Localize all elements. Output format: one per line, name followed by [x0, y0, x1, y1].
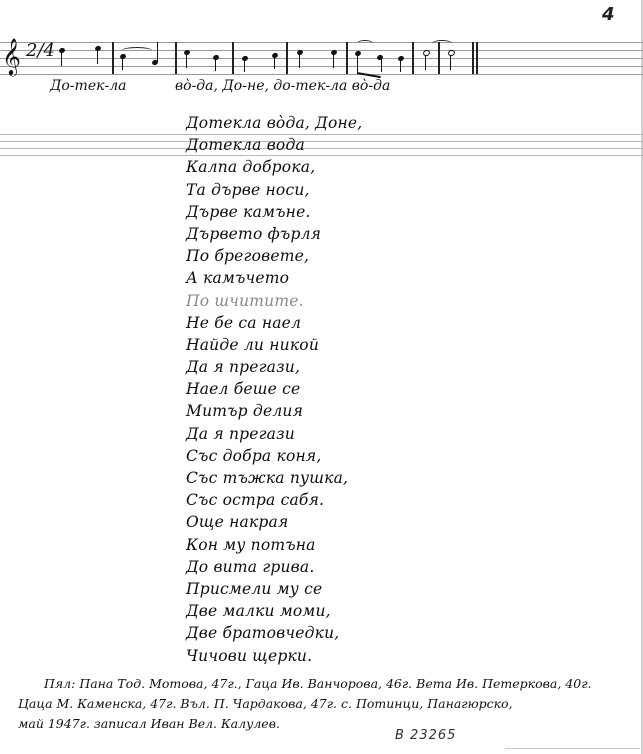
manuscript-page: 4 𝄞 2/4 [0, 0, 643, 754]
verse-line: Дотекла вòда, Доне, [186, 112, 362, 134]
verse-line: Две малки моми, [186, 600, 362, 622]
time-signature: 2/4 [26, 40, 55, 61]
notation-lyrics-1: До-тек-ла [50, 78, 126, 94]
verse-line: Присмели му се [186, 578, 362, 600]
verse-line: Не бе са нaел [186, 312, 362, 334]
verse-line: Да я прегази [186, 423, 362, 445]
verse-line: До вита грива. [186, 556, 362, 578]
verse-line: Дотекла вода [186, 134, 362, 156]
verse-line: Найде ли никой [186, 334, 362, 356]
treble-clef-icon: 𝄞 [2, 40, 21, 72]
verse-line: По шчитите. [186, 290, 362, 312]
page-number: 4 [602, 4, 615, 25]
verse-line: Дървето фърля [186, 223, 362, 245]
catalog-number: В 23265 [395, 728, 456, 743]
verse-line: Та дърве носи, [186, 179, 362, 201]
verse-line: Калпа доброка, [186, 156, 362, 178]
verse-line: По бреговете, [186, 245, 362, 267]
verse-line: Чичови щерки. [186, 645, 362, 667]
verse-line: Кон му потъна [186, 534, 362, 556]
performers-location-line: Цаца М. Каменска, 47г. Въл. П. Чардакова… [18, 694, 638, 714]
verse-line: Със добра коня, [186, 445, 362, 467]
verse-line: Със остра сабя. [186, 489, 362, 511]
verse-line: Да я прегази, [186, 356, 362, 378]
recording-date-line: май 1947г. записал Иван Вел. Калулев. [18, 714, 638, 734]
verse-line: Със тъжка пушка, [186, 467, 362, 489]
verse-line: Митър делия [186, 400, 362, 422]
verse-line: Още накрая [186, 511, 362, 533]
notation-lyrics-2: вò-да, До-не, до-тек-ла вò-да [175, 78, 390, 94]
verse-line: А камъчето [186, 267, 362, 289]
verse-line: Нaел беше се [186, 378, 362, 400]
performers-line: Пял: Пана Тод. Мотова, 47г., Гаца Ив. Ва… [18, 674, 638, 694]
collection-note: Пял: Пана Тод. Мотова, 47г., Гаца Ив. Ва… [18, 674, 638, 734]
divider [505, 748, 640, 749]
verse-line: Дърве камъне. [186, 201, 362, 223]
song-verse: Дотекла вòда, Доне, Дотекла вода Калпа д… [186, 112, 362, 667]
verse-line: Две братовчедки, [186, 622, 362, 644]
